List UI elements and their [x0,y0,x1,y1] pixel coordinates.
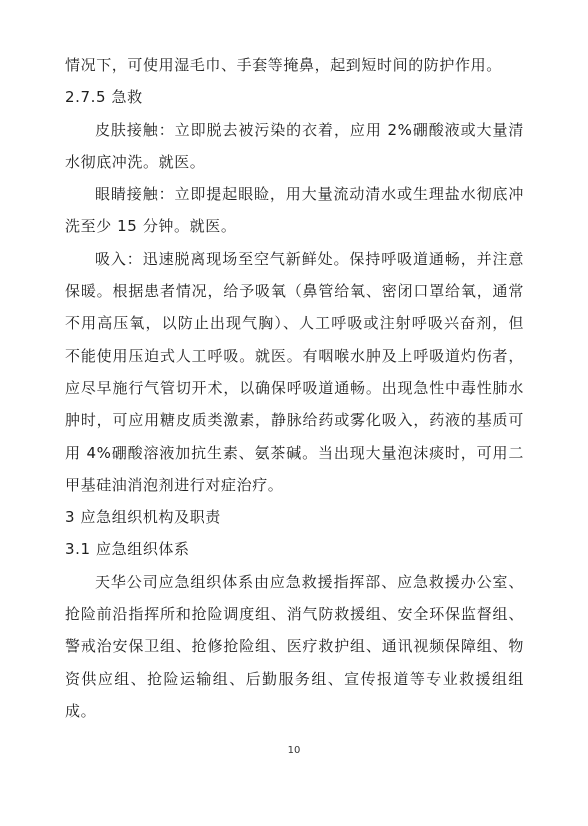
section-heading-3-1: 3.1 应急组织体系 [65,533,524,565]
page-body: 情况下，可使用湿毛巾、手套等掩鼻，起到短时间的防护作用。 2.7.5 急救 皮肤… [65,49,524,727]
section-heading-2-7-5: 2.7.5 急救 [65,81,524,113]
document-page: 情况下，可使用湿毛巾、手套等掩鼻，起到短时间的防护作用。 2.7.5 急救 皮肤… [0,0,588,826]
paragraph-eye-contact: 眼睛接触：立即提起眼睑，用大量流动清水或生理盐水彻底冲洗至少 15 分钟。就医。 [65,178,524,243]
paragraph-skin-contact: 皮肤接触：立即脱去被污染的衣着，应用 2%硼酸液或大量清水彻底冲洗。就医。 [65,114,524,179]
paragraph-organization-system: 天华公司应急组织体系由应急救援指挥部、应急救援办公室、抢险前沿指挥所和抢险调度组… [65,566,524,727]
page-number: 10 [0,745,588,756]
section-heading-3: 3 应急组织机构及职责 [65,501,524,533]
paragraph-continuation: 情况下，可使用湿毛巾、手套等掩鼻，起到短时间的防护作用。 [65,49,524,81]
paragraph-inhalation: 吸入：迅速脱离现场至空气新鲜处。保持呼吸道通畅，并注意保暖。根据患者情况，给予吸… [65,243,524,501]
